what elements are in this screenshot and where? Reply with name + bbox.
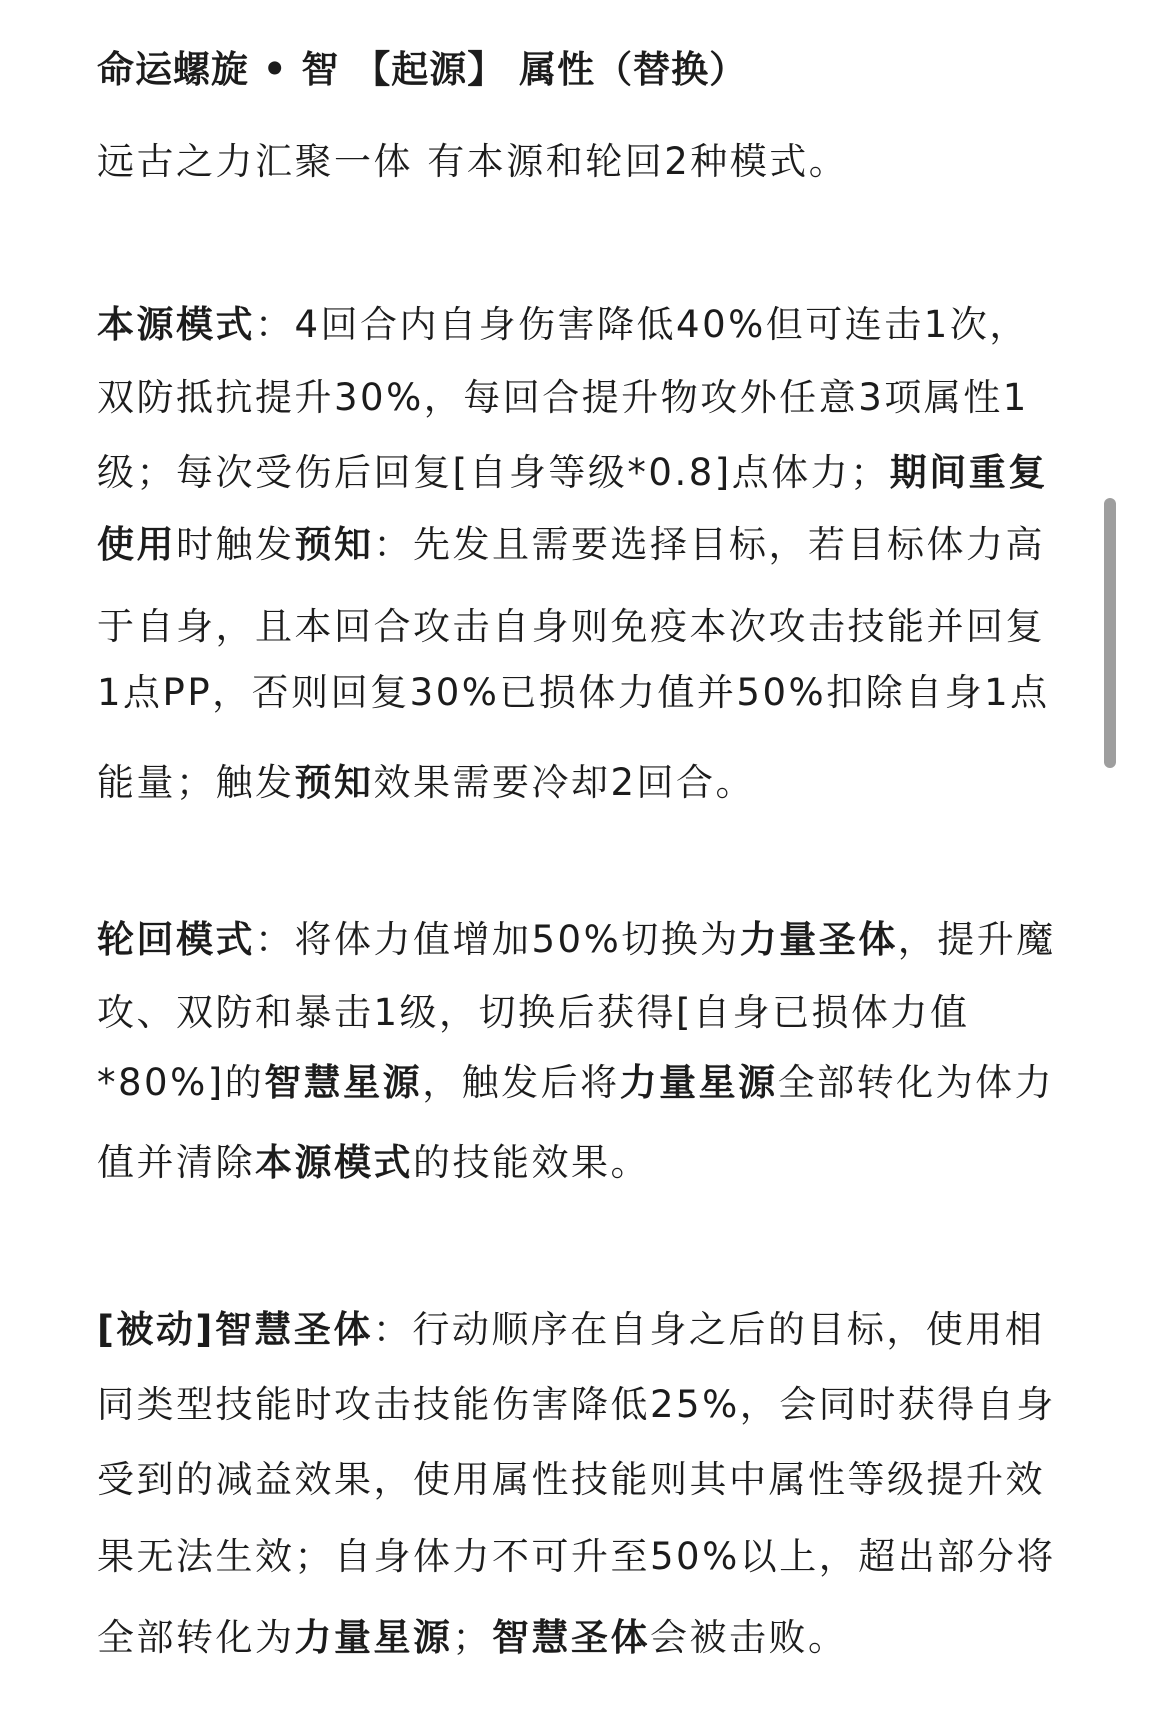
paragraph-line: *80%]的智慧星源，触发后将力量星源全部转化为体力 <box>97 1061 1054 1105</box>
text-segment: ：4回合内自身伤害降低40%但可连击1次， <box>255 303 1029 346</box>
intro-text: 远古之力汇聚一体 有本源和轮回2种模式。 <box>97 140 848 184</box>
text-segment: 全部转化为 <box>97 1616 295 1659</box>
paragraph-line: 双防抵抗提升30%，每回合提升物攻外任意3项属性1 <box>97 376 1029 420</box>
text-segment: *80%]的 <box>97 1061 264 1104</box>
text-segment: 会被击败。 <box>650 1616 848 1659</box>
text-segment: ：将体力值增加50%切换为 <box>255 918 740 961</box>
bold-term: 预知 <box>295 761 374 804</box>
text-segment: 能量；触发 <box>97 761 295 804</box>
bold-term: 期间重复 <box>890 451 1048 494</box>
paragraph-line: 值并清除本源模式的技能效果。 <box>97 1141 650 1185</box>
text-segment: 时触发 <box>176 523 295 566</box>
paragraph-line: 果无法生效；自身体力不可升至50%以上，超出部分将 <box>97 1535 1056 1579</box>
paragraph-line: 轮回模式：将体力值增加50%切换为力量圣体，提升魔 <box>97 918 1056 962</box>
paragraph-line: 本源模式：4回合内自身伤害降低40%但可连击1次， <box>97 303 1029 347</box>
text-segment: 同类型技能时攻击技能伤害降低25%，会同时获得自身 <box>97 1383 1056 1426</box>
paragraph-line: 同类型技能时攻击技能伤害降低25%，会同时获得自身 <box>97 1383 1056 1427</box>
bold-term: 力量圣体 <box>740 918 898 961</box>
paragraph-line: 受到的减益效果，使用属性技能则其中属性等级提升效 <box>97 1458 1045 1502</box>
page-title: 命运螺旋 • 智 【起源】 属性（替换） <box>97 48 747 92</box>
paragraph-line: 于自身，且本回合攻击自身则免疫本次攻击技能并回复 <box>97 605 1045 649</box>
bold-term: 使用 <box>97 523 176 566</box>
text-segment: ； <box>453 1616 493 1659</box>
bold-term: 力量星源 <box>620 1061 778 1104</box>
paragraph-line: [被动]智慧圣体：行动顺序在自身之后的目标，使用相 <box>97 1308 1044 1352</box>
bold-term: 预知 <box>295 523 374 566</box>
text-segment: ：行动顺序在自身之后的目标，使用相 <box>373 1308 1045 1351</box>
text-segment: 值并清除 <box>97 1141 255 1184</box>
paragraph-line: 能量；触发预知效果需要冷却2回合。 <box>97 761 755 805</box>
bold-term: 力量星源 <box>295 1616 453 1659</box>
text-segment: ，触发后将 <box>422 1061 620 1104</box>
text-segment: 果无法生效；自身体力不可升至50%以上，超出部分将 <box>97 1535 1056 1578</box>
paragraph-line: 攻、双防和暴击1级，切换后获得[自身已损体力值 <box>97 991 969 1035</box>
text-segment: 攻、双防和暴击1级，切换后获得[自身已损体力值 <box>97 991 969 1034</box>
text-segment: ：先发且需要选择目标，若目标体力高 <box>374 523 1046 566</box>
bold-term: 轮回模式 <box>97 918 255 961</box>
bold-term: [被动]智慧圣体 <box>97 1308 373 1351</box>
text-segment: 1点PP，否则回复30%已损体力值并50%扣除自身1点 <box>97 671 1050 714</box>
text-segment: 的技能效果。 <box>413 1141 650 1184</box>
bold-term: 本源模式 <box>97 303 255 346</box>
bold-term: 本源模式 <box>255 1141 413 1184</box>
vertical-scrollbar[interactable] <box>1104 498 1116 768</box>
bold-term: 智慧星源 <box>264 1061 422 1104</box>
paragraph-line: 1点PP，否则回复30%已损体力值并50%扣除自身1点 <box>97 671 1050 715</box>
text-segment: 级；每次受伤后回复[自身等级*0.8]点体力； <box>97 451 890 494</box>
paragraph-line: 使用时触发预知：先发且需要选择目标，若目标体力高 <box>97 523 1045 567</box>
paragraph-line: 级；每次受伤后回复[自身等级*0.8]点体力；期间重复 <box>97 451 1048 495</box>
text-segment: ，提升魔 <box>898 918 1056 961</box>
text-segment: 效果需要冷却2回合。 <box>374 761 756 804</box>
text-segment: 双防抵抗提升30%，每回合提升物攻外任意3项属性1 <box>97 376 1029 419</box>
text-segment: 全部转化为体力 <box>778 1061 1055 1104</box>
text-segment: 于自身，且本回合攻击自身则免疫本次攻击技能并回复 <box>97 605 1045 648</box>
text-segment: 受到的减益效果，使用属性技能则其中属性等级提升效 <box>97 1458 1045 1501</box>
paragraph-line: 全部转化为力量星源；智慧圣体会被击败。 <box>97 1616 848 1660</box>
bold-term: 智慧圣体 <box>492 1616 650 1659</box>
